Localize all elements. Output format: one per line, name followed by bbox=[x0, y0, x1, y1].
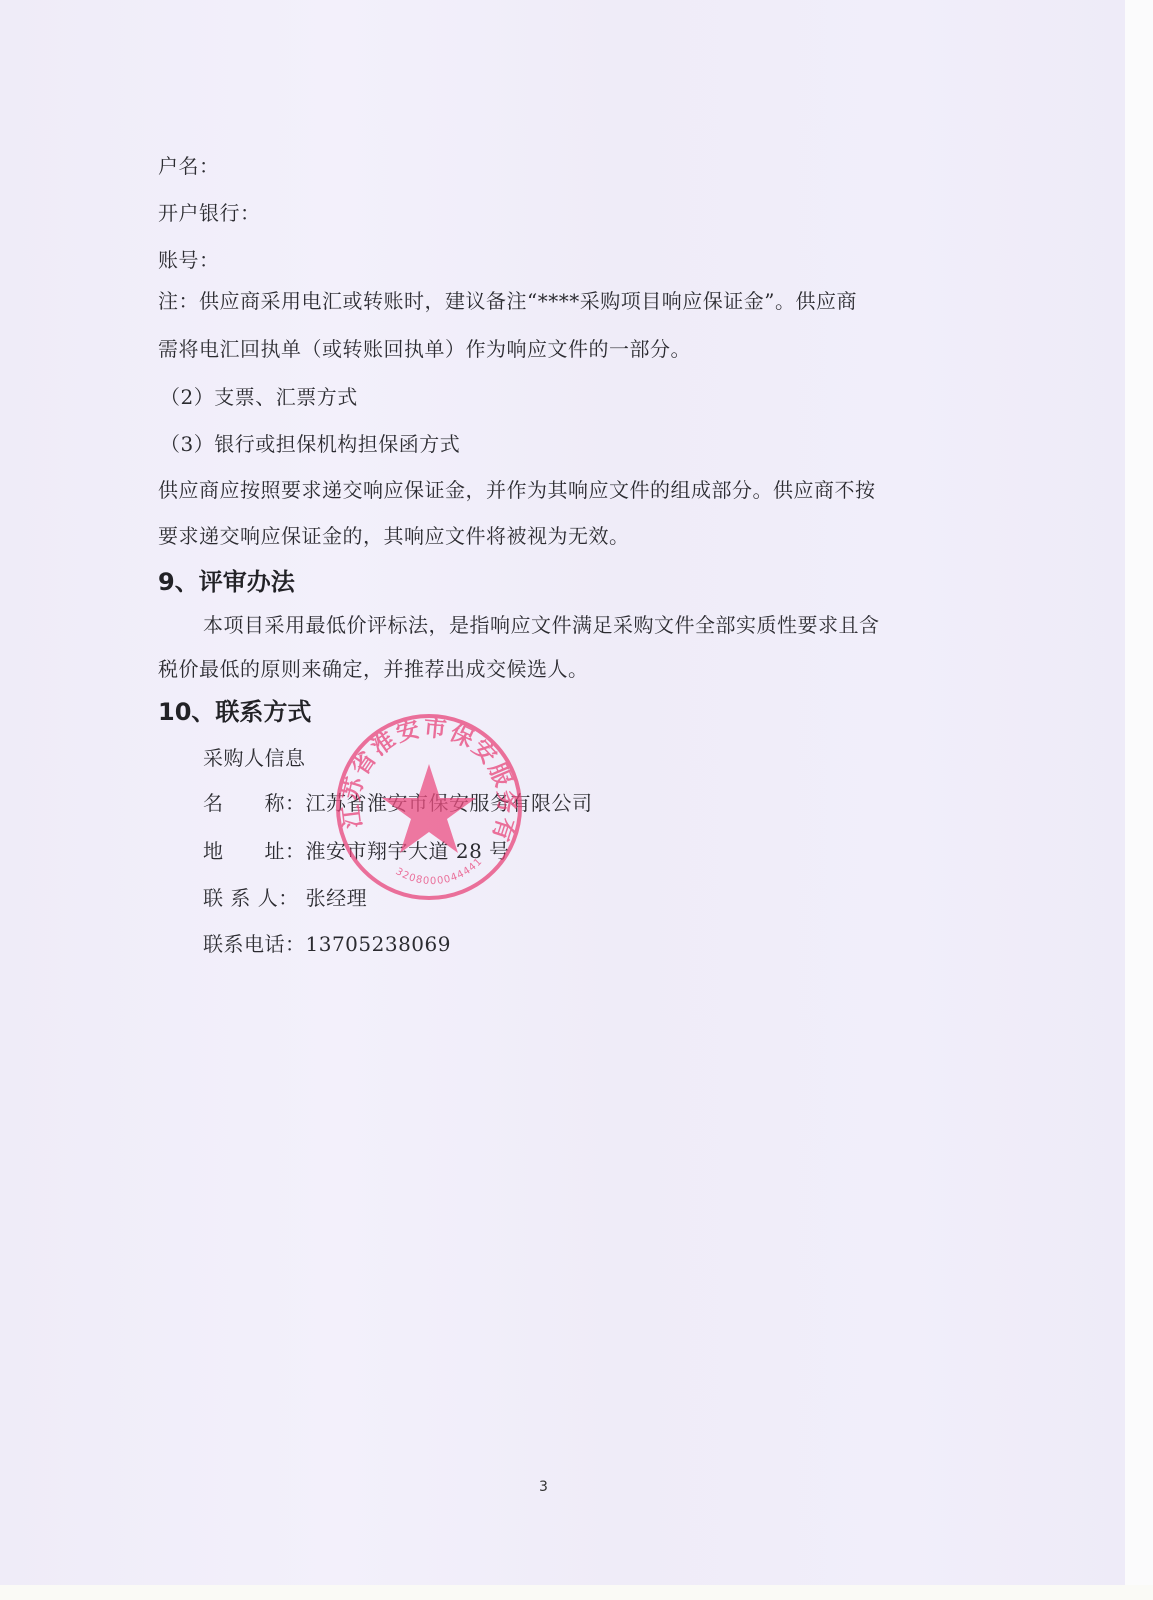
document-page: 户名： 开户银行： 账号： 注：供应商采用电汇或转账时，建议备注“****采购项… bbox=[0, 0, 1125, 1585]
contact-field-phone: 联系电话：13705238069 bbox=[203, 932, 451, 956]
scan-edge-bottom bbox=[0, 1585, 1153, 1600]
section-9-line-2: 税价最低的原则来确定，并推荐出成交候选人。 bbox=[158, 657, 589, 681]
svg-text:江苏省淮安市保安服务有限公司: 江苏省淮安市保安服务有限公司 bbox=[334, 712, 520, 846]
contact-label: 联 系 人： bbox=[203, 886, 299, 910]
contact-label: 联系电话： bbox=[203, 932, 306, 956]
note-line-2: 需将电汇回执单（或转账回执单）作为响应文件的一部分。 bbox=[158, 337, 691, 361]
page-number: 3 bbox=[539, 1479, 548, 1495]
section-9-line-1: 本项目采用最低价评标法，是指响应文件满足采购文件全部实质性要求且含 bbox=[203, 613, 880, 637]
payment-method-check: （2）支票、汇票方式 bbox=[160, 385, 358, 409]
stamp-text: 江苏省淮安市保安服务有限公司 bbox=[334, 712, 520, 846]
deposit-requirement-line-2: 要求递交响应保证金的，其响应文件将被视为无效。 bbox=[158, 524, 630, 548]
contact-field-name: 名 称：江苏省淮安市保安服务有限公司 bbox=[203, 791, 593, 815]
contact-value: 张经理 bbox=[299, 886, 367, 910]
contact-label: 名 称： bbox=[203, 791, 306, 815]
purchaser-info-subheading: 采购人信息 bbox=[203, 746, 306, 770]
payment-method-guarantee: （3）银行或担保机构担保函方式 bbox=[160, 432, 460, 456]
account-name-label: 户名： bbox=[158, 154, 220, 178]
contact-value: 13705238069 bbox=[306, 932, 451, 956]
note-line-1: 注：供应商采用电汇或转账时，建议备注“****采购项目响应保证金”。供应商 bbox=[158, 289, 857, 313]
section-9-heading: 9、评审办法 bbox=[158, 568, 295, 596]
section-10-heading: 10、联系方式 bbox=[158, 698, 311, 726]
contact-label: 地 址： bbox=[203, 839, 306, 863]
deposit-requirement-line-1: 供应商应按照要求递交响应保证金，并作为其响应文件的组成部分。供应商不按 bbox=[158, 478, 876, 502]
contact-value: 江苏省淮安市保安服务有限公司 bbox=[306, 791, 593, 815]
account-number-label: 账号： bbox=[158, 248, 220, 272]
contact-field-person: 联 系 人： 张经理 bbox=[203, 886, 367, 910]
contact-field-address: 地 址：淮安市翔宇大道 28 号 bbox=[203, 839, 510, 863]
bank-label: 开户银行： bbox=[158, 201, 261, 225]
scan-edge-right bbox=[1125, 0, 1153, 1600]
contact-value: 淮安市翔宇大道 28 号 bbox=[306, 839, 510, 863]
